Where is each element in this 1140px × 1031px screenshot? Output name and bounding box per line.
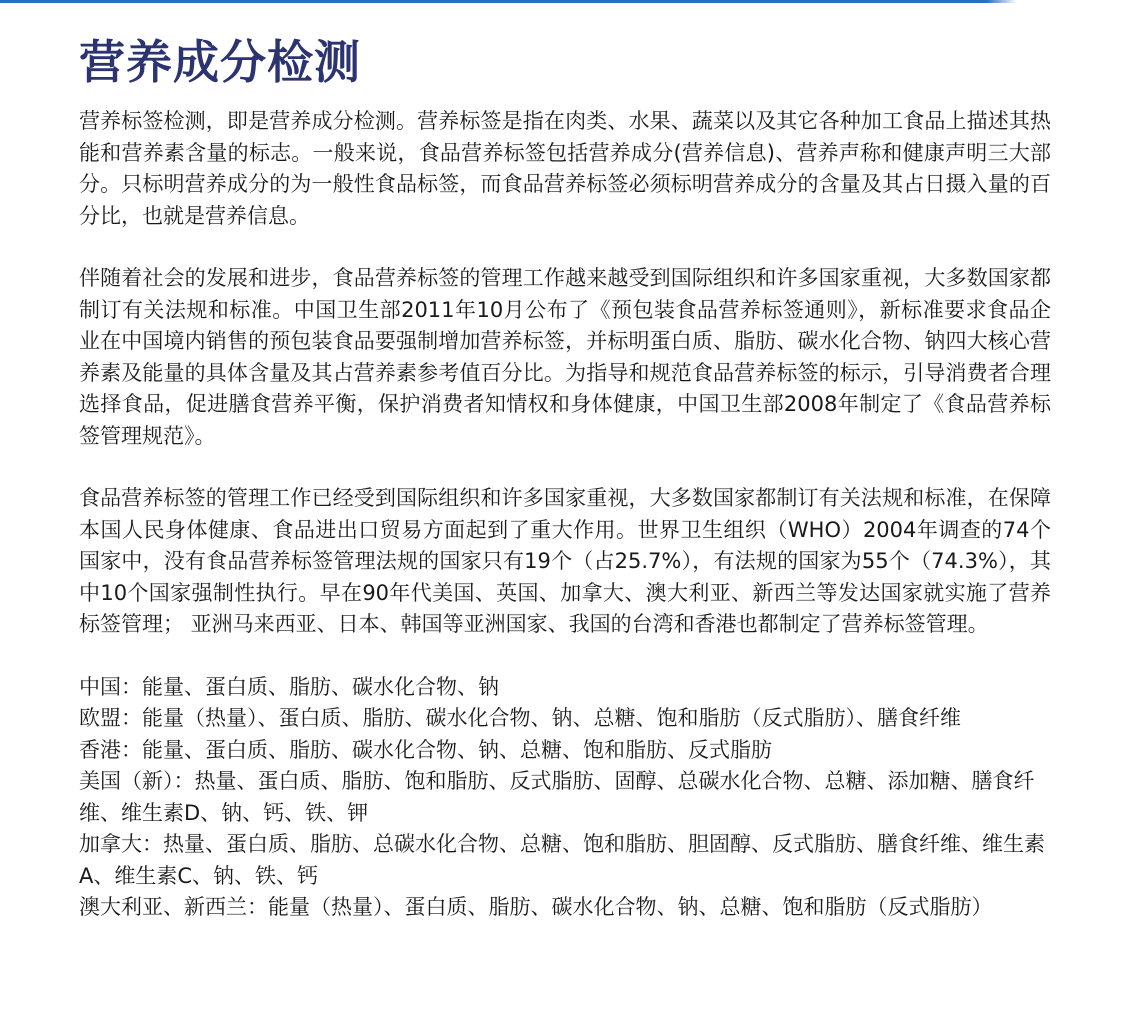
list-item-hongkong: 香港：能量、蛋白质、脂肪、碳水化合物、钠、总糖、饱和脂肪、反式脂肪	[79, 735, 1051, 767]
list-item-australia-newzealand: 澳大利亚、新西兰：能量（热量）、蛋白质、脂肪、碳水化合物、钠、总糖、饱和脂肪（反…	[79, 892, 1051, 924]
list-item-eu: 欧盟：能量（热量）、蛋白质、脂肪、碳水化合物、钠、总糖、饱和脂肪（反式脂肪）、膳…	[79, 703, 1051, 735]
top-divider-line	[0, 0, 1017, 3]
country-requirements-list: 中国：能量、蛋白质、脂肪、碳水化合物、钠 欧盟：能量（热量）、蛋白质、脂肪、碳水…	[79, 672, 1051, 924]
paragraph-regulation-history: 伴随着社会的发展和进步，食品营养标签的管理工作越来越受到国际组织和许多国家重视，…	[79, 263, 1051, 452]
list-item-china: 中国：能量、蛋白质、脂肪、碳水化合物、钠	[79, 672, 1051, 704]
paragraph-intro: 营养标签检测，即是营养成分检测。营养标签是指在肉类、水果、蔬菜以及其它各种加工食…	[79, 106, 1051, 232]
page-title: 营养成分检测	[79, 32, 361, 92]
article-body: 营养标签检测，即是营养成分检测。营养标签是指在肉类、水果、蔬菜以及其它各种加工食…	[79, 106, 1051, 924]
paragraph-international-status: 食品营养标签的管理工作已经受到国际组织和许多国家重视，大多数国家都制订有关法规和…	[79, 483, 1051, 641]
list-item-usa: 美国（新）：热量、蛋白质、脂肪、饱和脂肪、反式脂肪、固醇、总碳水化合物、总糖、添…	[79, 766, 1051, 829]
list-item-canada: 加拿大：热量、蛋白质、脂肪、总碳水化合物、总糖、饱和脂肪、胆固醇、反式脂肪、膳食…	[79, 829, 1051, 892]
